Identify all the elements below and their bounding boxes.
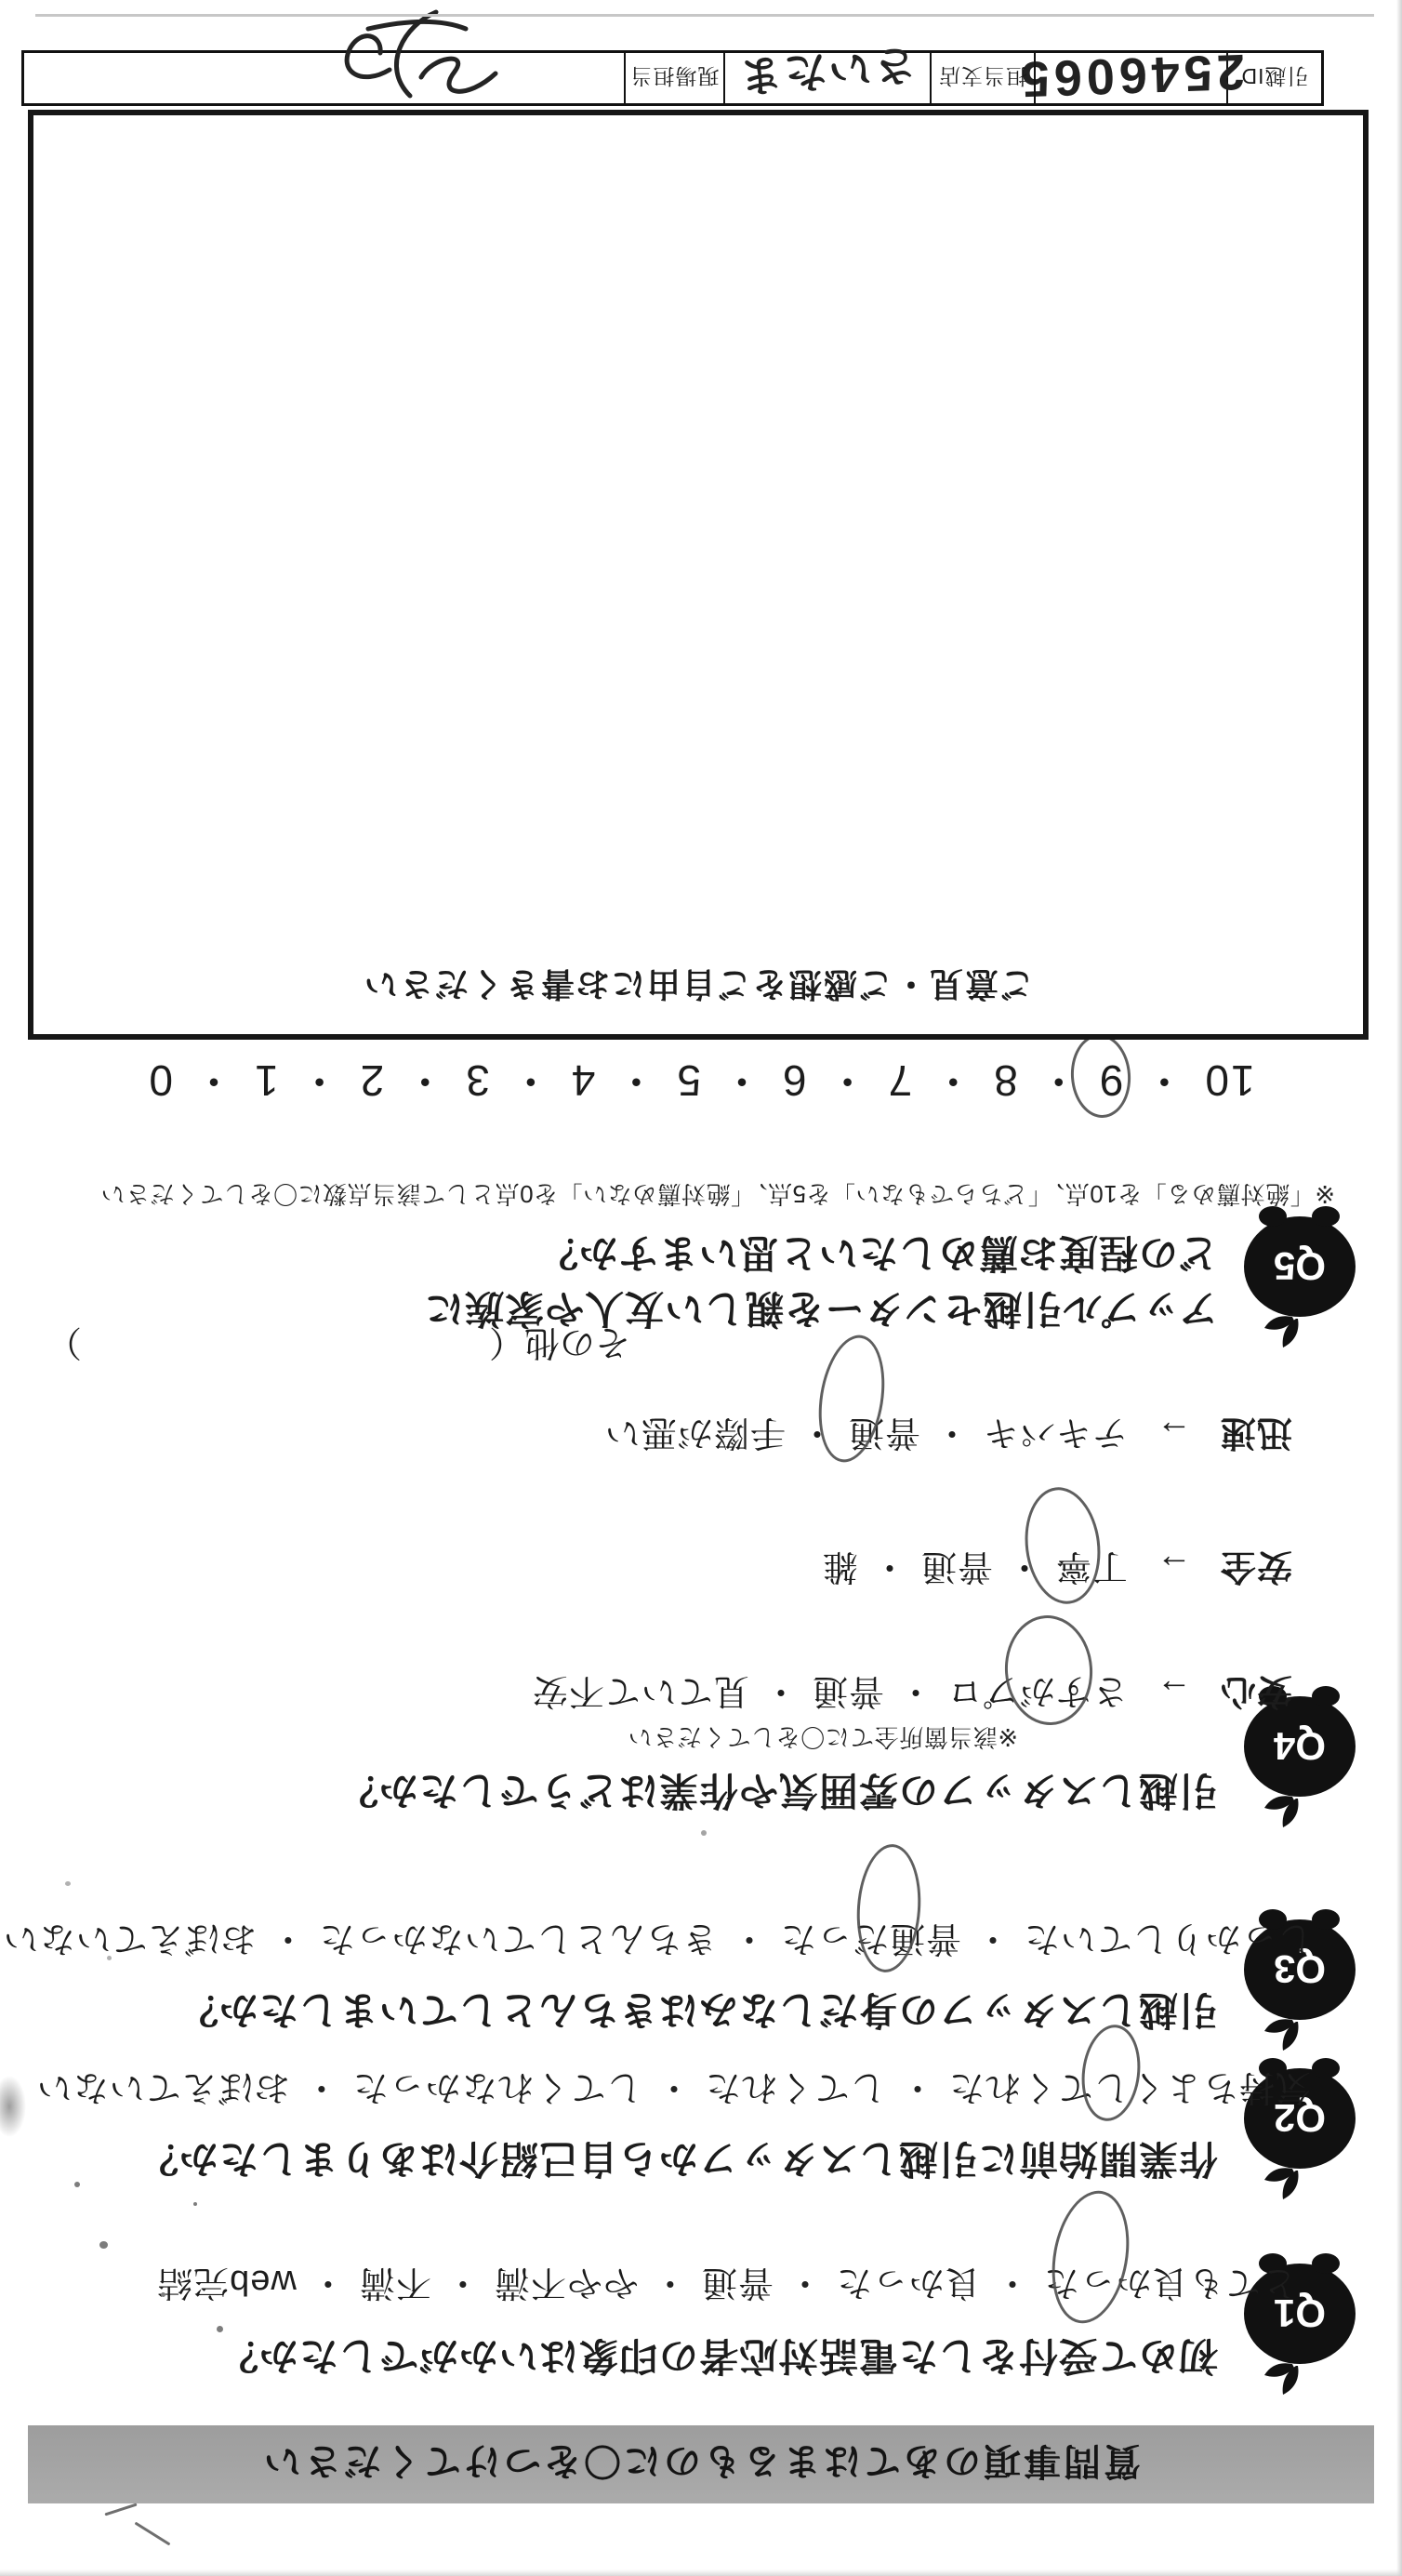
- q4-row-options: 丁寧・普通・雑: [822, 1547, 1128, 1586]
- option-separator-dot: ・: [279, 1056, 359, 1105]
- option-value: 不満: [359, 2263, 431, 2302]
- option-value: おぼえていない: [3, 1919, 257, 1958]
- option-value: 4: [570, 1056, 596, 1105]
- option-value: web完結: [156, 2263, 297, 2302]
- staff-signature: [308, 0, 522, 114]
- option-value: してくれなかった: [352, 2067, 642, 2106]
- q4-row-anshin: 安心→さすがプロ・普通・見ていて不安: [532, 1669, 1292, 1720]
- option-value: 普通: [848, 1413, 920, 1452]
- arrow-icon: →: [1128, 1547, 1220, 1586]
- scan-speck: [99, 2241, 108, 2249]
- option-value: 気持ちよくしてくれた: [948, 2067, 1311, 2106]
- option-separator-dot: ・: [701, 1056, 781, 1105]
- option-separator-dot: ・: [257, 1919, 319, 1958]
- option-separator-dot: ・: [431, 2263, 494, 2302]
- q5-question-line2: どの程度お薦めしたいと思いますか？: [538, 1228, 1218, 1283]
- option-value: 10: [1203, 1056, 1254, 1105]
- option-separator-dot: ・: [749, 1671, 812, 1710]
- pencil-mark: [104, 2503, 137, 2516]
- q3-question-text: 引越しスタッフの身だしなみはきちんとしていましたか？: [179, 1985, 1218, 2040]
- nps-score-scale: 10・9・8・7・6・5・4・3・2・1・0: [37, 1053, 1365, 1114]
- option-separator-dot: ・: [490, 1056, 570, 1105]
- move-id-handwritten-value: 2546065: [1016, 43, 1246, 109]
- option-separator-dot: ・: [774, 2263, 836, 2302]
- option-separator-dot: ・: [886, 2067, 948, 2106]
- option-separator-dot: ・: [639, 2263, 701, 2302]
- handwritten-pen-circle: [853, 1842, 924, 1974]
- q4-row-label: 安心: [1220, 1671, 1292, 1710]
- scan-speck: [193, 2202, 197, 2206]
- option-separator-dot: ・: [595, 1056, 675, 1105]
- branch-value-cell: さいたま: [725, 53, 932, 103]
- option-value: 1: [253, 1056, 279, 1105]
- option-value: 5: [675, 1056, 701, 1105]
- scanned-survey-sheet: 質問事項のあてはまるものに〇をつけてください Q1 初めて受付をした電話対応者の…: [0, 0, 1402, 2576]
- q5-scoring-note: ※「絶対薦める」を10点、「どちらでもない」を5点、「絶対薦めない」を0点として…: [100, 1178, 1335, 1213]
- q5-question-line1: アップル引越センターを親しい友人や家族に: [424, 1283, 1218, 1339]
- q1-question-text: 初めて受付をした電話対応者の印象はいかがでしたか？: [218, 2330, 1218, 2386]
- q4-row-options: さすがプロ・普通・見ていて不安: [532, 1671, 1128, 1710]
- q4-badge-label: Q4: [1273, 1724, 1326, 1768]
- handwritten-pen-circle: [1019, 1483, 1107, 1609]
- option-value: 雑: [822, 1547, 858, 1586]
- move-id-value-cell: 2546065: [1036, 53, 1228, 103]
- option-value: 普通: [701, 2263, 774, 2302]
- arrow-icon: →: [1128, 1671, 1220, 1710]
- option-value: してくれた: [705, 2067, 886, 2106]
- q4-question-text: 引越しスタッフの雰囲気や作業はどうでしたか？: [338, 1765, 1218, 1821]
- q4-row-anzen: 安全→丁寧・普通・雑: [822, 1545, 1292, 1596]
- option-separator-dot: ・: [993, 1547, 1055, 1586]
- option-value: しっかりしていた: [1024, 1919, 1314, 1958]
- footer-info-table: 引越ID 2546065 担当支店 さいたま 現場担当: [21, 50, 1324, 106]
- scan-speck: [74, 2182, 80, 2187]
- handwritten-pen-circle: [1042, 2184, 1139, 2330]
- option-value: 7: [887, 1056, 913, 1105]
- option-value: 9: [1098, 1056, 1124, 1105]
- option-value: とても良かった: [1043, 2263, 1297, 2302]
- option-value: 6: [781, 1056, 807, 1105]
- other-close-label: ）: [46, 1321, 82, 1372]
- q5-mascot-badge-icon: Q5: [1238, 1205, 1359, 1352]
- comment-box-heading: ご意見・ご感想をご自由にお書きください: [33, 963, 1363, 1010]
- scan-edge-artifact: [1396, 0, 1402, 2576]
- q4-row-jinsoku: 迅速→テキパキ・普通・手際が悪い: [604, 1411, 1292, 1462]
- option-separator-dot: ・: [1018, 1056, 1098, 1105]
- q4-instruction-note: ※該当箇所全てに〇をしてください: [628, 1721, 1018, 1756]
- option-separator-dot: ・: [786, 1413, 848, 1452]
- branch-label: 担当支店: [932, 53, 1036, 103]
- option-separator-dot: ・: [642, 2067, 705, 2106]
- option-value: 3: [464, 1056, 490, 1105]
- site-staff-label: 現場担当: [626, 53, 725, 103]
- free-comment-box: ご意見・ご感想をご自由にお書きください: [28, 110, 1369, 1040]
- option-value: きちんとしていなかった: [319, 1919, 718, 1958]
- upside-down-scan-content: 質問事項のあてはまるものに〇をつけてください Q1 初めて受付をした電話対応者の…: [0, 0, 1402, 2576]
- q4-row-label: 安全: [1220, 1547, 1292, 1586]
- option-value: 2: [359, 1056, 385, 1105]
- option-separator-dot: ・: [173, 1056, 253, 1105]
- q3-options: しっかりしていた・普通だった・きちんとしていなかった・おぼえていない: [3, 1917, 1314, 1968]
- handwritten-pen-circle: [1001, 1613, 1096, 1728]
- option-separator-dot: ・: [884, 1671, 946, 1710]
- scan-smudge-artifact: [0, 2076, 26, 2137]
- option-separator-dot: ・: [858, 1547, 920, 1586]
- scan-speck: [107, 1956, 112, 1960]
- option-separator-dot: ・: [981, 2263, 1043, 2302]
- scan-speck: [701, 1830, 707, 1836]
- scan-speck: [65, 1881, 71, 1886]
- option-value: 良かった: [836, 2263, 981, 2302]
- scan-speck: [217, 2326, 223, 2332]
- option-separator-dot: ・: [912, 1056, 992, 1105]
- survey-title-bar: 質問事項のあてはまるものに〇をつけてください: [28, 2425, 1374, 2503]
- option-value: 普通: [812, 1671, 884, 1710]
- option-value: 見ていて不安: [532, 1671, 749, 1710]
- option-separator-dot: ・: [807, 1056, 887, 1105]
- option-value: 普通だった: [780, 1919, 961, 1958]
- scan-speck: [161, 2292, 165, 2297]
- option-value: さすがプロ: [946, 1671, 1128, 1710]
- option-value: やや不満: [494, 2263, 639, 2302]
- q4-row-label: 迅速: [1220, 1413, 1292, 1452]
- q2-question-text: 作業開始前に引越しスタッフから自己紹介はありましたか？: [139, 2133, 1218, 2189]
- option-separator-dot: ・: [1123, 1056, 1203, 1105]
- arrow-icon: →: [1128, 1413, 1220, 1452]
- option-separator-dot: ・: [718, 1919, 780, 1958]
- branch-handwritten-value: さいたま: [736, 36, 919, 110]
- option-value: 0: [147, 1056, 173, 1105]
- scan-edge-artifact: [35, 14, 1374, 17]
- scan-edge-artifact: [0, 2569, 1402, 2576]
- option-value: おぼえていない: [36, 2067, 290, 2106]
- staff-signature-cell: [24, 53, 626, 103]
- option-value: 普通: [920, 1547, 993, 1586]
- option-separator-dot: ・: [297, 2263, 359, 2302]
- option-separator-dot: ・: [961, 1919, 1024, 1958]
- option-value: 手際が悪い: [604, 1413, 786, 1452]
- q4-row-options: テキパキ・普通・手際が悪い: [604, 1413, 1128, 1452]
- q2-options: 気持ちよくしてくれた・してくれた・してくれなかった・おぼえていない: [36, 2065, 1311, 2117]
- pencil-mark: [135, 2522, 171, 2546]
- survey-title-text: 質問事項のあてはまるものに〇をつけてください: [261, 2438, 1141, 2491]
- option-separator-dot: ・: [920, 1413, 983, 1452]
- option-separator-dot: ・: [290, 2067, 352, 2106]
- option-value: テキパキ: [983, 1413, 1128, 1452]
- q5-badge-label: Q5: [1274, 1244, 1326, 1288]
- option-value: 8: [992, 1056, 1018, 1105]
- option-value: 丁寧: [1055, 1547, 1128, 1586]
- q1-options: とても良かった・良かった・普通・やや不満・不満・web完結: [156, 2261, 1297, 2312]
- option-separator-dot: ・: [384, 1056, 464, 1105]
